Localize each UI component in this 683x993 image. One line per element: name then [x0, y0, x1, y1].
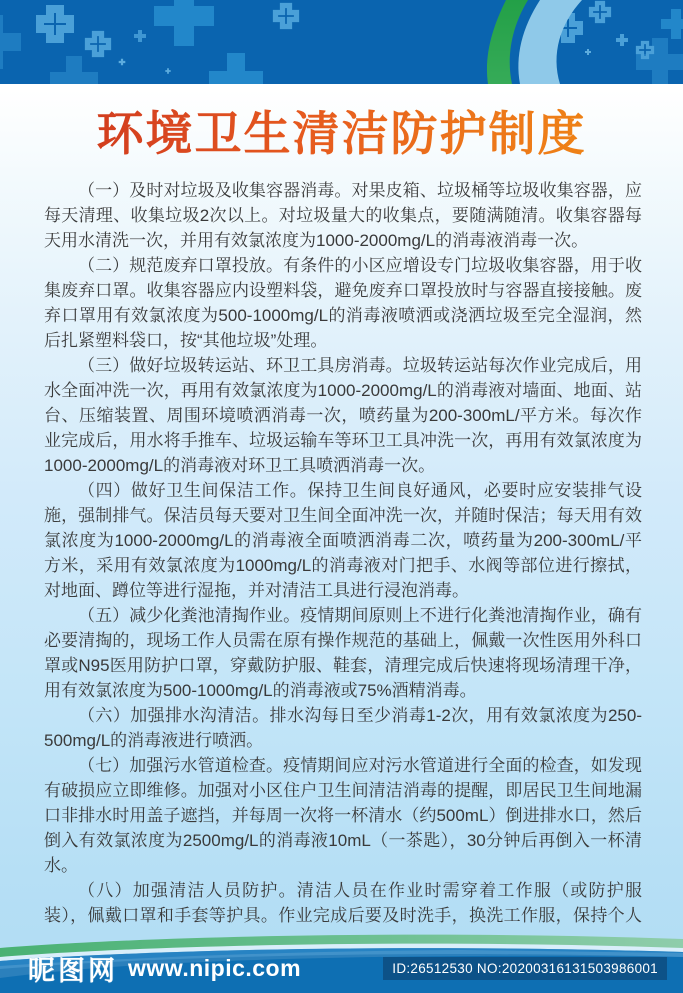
policy-text: （一）及时对垃圾及收集容器消毒。对果皮箱、垃圾桶等垃圾收集容器，应每天清理、收集…	[0, 178, 683, 978]
poster: 环境卫生清洁防护制度 （一）及时对垃圾及收集容器消毒。对果皮箱、垃圾桶等垃圾收集…	[0, 0, 683, 993]
policy-paragraph-3: （三）做好垃圾转运站、环卫工具房消毒。垃圾转运站每次作业完成后，用水全面冲洗一次…	[44, 353, 642, 478]
nipic-logo-group: 昵图网 www.nipic.com	[28, 949, 301, 988]
medical-cross-pattern	[0, 0, 683, 84]
nipic-logo: 昵图网	[28, 949, 118, 988]
page-title: 环境卫生清洁防护制度	[0, 97, 683, 164]
image-id-badge: ID:26512530 NO:20200316131503986001	[383, 957, 667, 980]
policy-paragraph-1: （一）及时对垃圾及收集容器消毒。对果皮箱、垃圾桶等垃圾收集容器，应每天清理、收集…	[44, 178, 642, 253]
policy-paragraph-5: （五）减少化粪池清掏作业。疫情期间原则上不进行化粪池清掏作业，确有必要清掏的，现…	[44, 603, 642, 703]
watermark-bar: 昵图网 www.nipic.com ID:26512530 NO:2020031…	[0, 949, 683, 988]
policy-paragraph-2: （二）规范废弃口罩投放。有条件的小区应增设专门垃圾收集容器，用于收集废弃口罩。收…	[44, 253, 642, 353]
policy-paragraph-4: （四）做好卫生间保洁工作。保持卫生间良好通风，必要时应安装排气设施，强制排气。保…	[44, 478, 642, 603]
site-url: www.nipic.com	[128, 955, 301, 982]
policy-paragraph-7: （七）加强污水管道检查。疫情期间应对污水管道进行全面的检查，如发现有破损应立即维…	[44, 753, 642, 878]
policy-paragraph-6: （六）加强排水沟清洁。排水沟每日至少消毒1-2次，用有效氯浓度为250-500m…	[44, 703, 642, 753]
header-banner	[0, 0, 683, 84]
footer-wave: 昵图网 www.nipic.com ID:26512530 NO:2020031…	[0, 930, 683, 993]
